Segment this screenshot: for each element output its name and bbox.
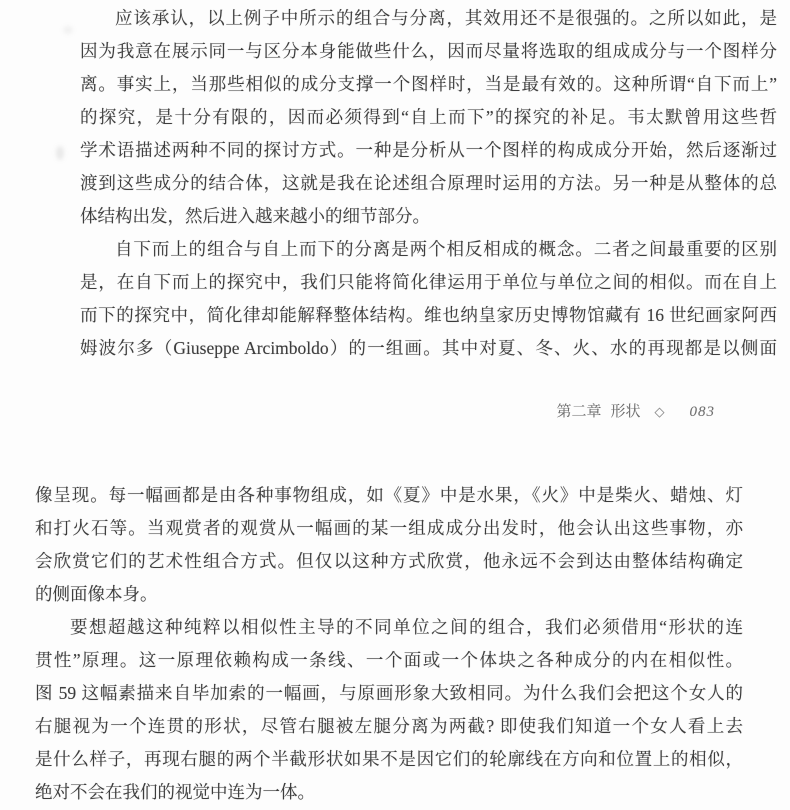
chapter-label: 第二章: [556, 404, 601, 420]
scan-smudge: [63, 26, 73, 34]
text-line: 图 59 这幅素描来自毕加索的一幅画，与原画形象大致相同。为什么我们会把这个女人…: [35, 677, 743, 710]
text-line: 而下的探究中，简化律却能解释整体结构。维也纳皇家历史博物馆藏有 16 世纪画家阿…: [80, 299, 777, 332]
text-line: 和打火石等。当观赏者的观赏从一幅画的某一组成成分出发时，他会认出这些事物，亦: [35, 512, 743, 545]
text-line: 离。事实上，当那些相似的成分支撑一个图样时，当是最有效的。这种所谓“自下而上”: [80, 68, 777, 101]
text-line: 的侧面像本身。: [35, 578, 743, 611]
page-number: 083: [690, 404, 716, 420]
page-footer: 第二章形状◇083: [0, 401, 715, 423]
text-line: 体结构出发，然后进入越来越小的细节部分。: [80, 200, 777, 233]
section-title: 形状: [610, 404, 640, 420]
text-line: 学术语描述两种不同的探讨方式。一种是分析从一个图样的构成成分开始，然后逐渐过: [80, 134, 777, 167]
text-line: 像呈现。每一幅画都是由各种事物组成，如《夏》中是水果，《火》中是柴火、蜡烛、灯: [35, 479, 743, 512]
page-text-block-top: 应该承认，以上例子中所示的组合与分离，其效用还不是很强的。之所以如此，是 因为我…: [80, 2, 777, 365]
text-line: 贯性”原理。这一原理依赖构成一条线、一个面或一个体块之各种成分的内在相似性。: [35, 644, 743, 677]
diamond-icon: ◇: [655, 404, 665, 419]
text-line: 是，在自下而上的探究中，我们只能将简化律运用于单位与单位之间的相似。而在自上: [80, 266, 777, 299]
text-line: 应该承认，以上例子中所示的组合与分离，其效用还不是很强的。之所以如此，是: [80, 2, 777, 35]
text-line: 姆波尔多（Giuseppe Arcimboldo）的一组画。其中对夏、冬、火、水…: [80, 332, 777, 365]
text-line: 自下而上的组合与自上而下的分离是两个相反相成的概念。二者之间最重要的区别: [80, 233, 777, 266]
text-line: 会欣赏它们的艺术性组合方式。但仅以这种方式欣赏，他永远不会到达由整体结构确定: [35, 545, 743, 578]
page-text-block-bottom: 像呈现。每一幅画都是由各种事物组成，如《夏》中是水果，《火》中是柴火、蜡烛、灯 …: [35, 479, 743, 809]
text-line: 的探究，是十分有限的，因而必须得到“自上而下”的探究的补足。韦太默曾用这些哲: [80, 101, 777, 134]
text-line: 要想超越这种纯粹以相似性主导的不同单位之间的组合，我们必须借用“形状的连: [35, 611, 743, 644]
text-line: 是什么样子，再现右腿的两个半截形状如果不是因它们的轮廓线在方向和位置上的相似，: [35, 743, 743, 776]
scan-smudge: [56, 146, 64, 160]
text-line: 绝对不会在我们的视觉中连为一体。: [35, 776, 743, 809]
scanned-book-page: 应该承认，以上例子中所示的组合与分离，其效用还不是很强的。之所以如此，是 因为我…: [0, 0, 790, 810]
text-line: 因为我意在展示同一与区分本身能做些什么，因而尽量将选取的组成成分与一个图样分: [80, 35, 777, 68]
text-line: 渡到这些成分的结合体，这就是我在论述组合原理时运用的方法。另一种是从整体的总: [80, 167, 777, 200]
text-line: 右腿视为一个连贯的形状，尽管右腿被左腿分离为两截? 即使我们知道一个女人看上去: [35, 710, 743, 743]
